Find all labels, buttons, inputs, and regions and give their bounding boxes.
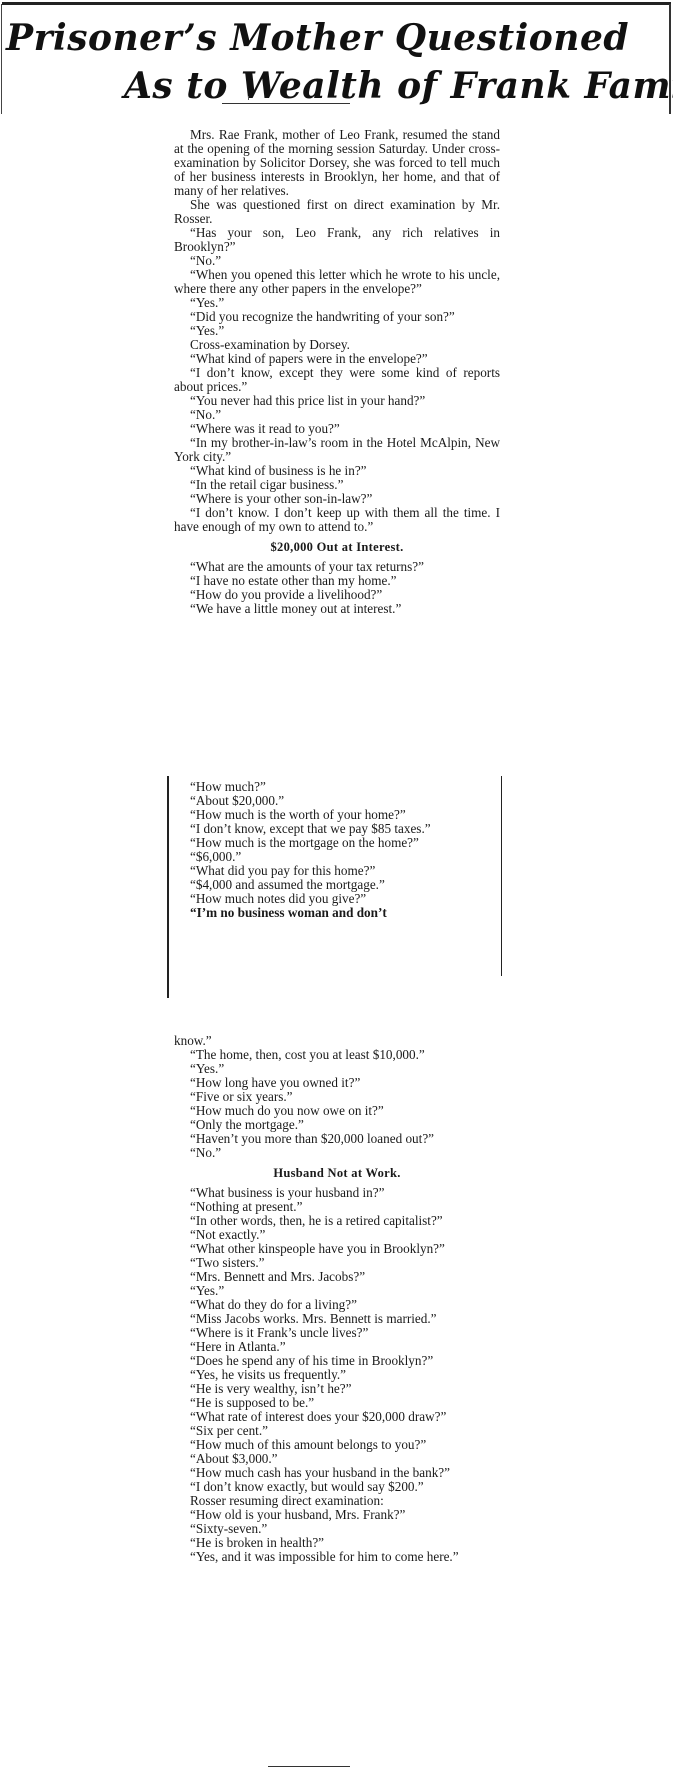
- paragraph: “Two sisters.”: [174, 1256, 500, 1270]
- paragraph: “Yes.”: [174, 296, 500, 310]
- paragraph: “When you opened this letter which he wr…: [174, 268, 500, 296]
- paragraph: Mrs. Rae Frank, mother of Leo Frank, res…: [174, 128, 500, 198]
- paragraph: “About $3,000.”: [174, 1452, 500, 1466]
- paragraph: “We have a little money out at interest.…: [174, 602, 500, 616]
- paragraph-group-intro: Mrs. Rae Frank, mother of Leo Frank, res…: [174, 128, 500, 534]
- paragraph-continued: know.”: [174, 1034, 500, 1048]
- paragraph: “How old is your husband, Mrs. Frank?”: [174, 1508, 500, 1522]
- paragraph-group-home: “How much?”“About $20,000.”“How much is …: [174, 780, 500, 906]
- paragraph: “Yes, and it was impossible for him to c…: [174, 1550, 500, 1564]
- paragraph: “How much do you now owe on it?”: [174, 1104, 500, 1118]
- paragraph: “No.”: [174, 1146, 500, 1160]
- paragraph: “Where is it Frank’s uncle lives?”: [174, 1326, 500, 1340]
- paragraph: “You never had this price list in your h…: [174, 394, 500, 408]
- paragraph: “How much?”: [174, 780, 500, 794]
- article-column-3: know.” “The home, then, cost you at leas…: [174, 1034, 500, 1564]
- article-column-2: “How much?”“About $20,000.”“How much is …: [174, 780, 500, 920]
- paragraph: “In my brother-in-law’s room in the Hote…: [174, 436, 500, 464]
- paragraph: “How do you provide a livelihood?”: [174, 588, 500, 602]
- paragraph: “Yes.”: [174, 1284, 500, 1298]
- paragraph: “No.”: [174, 254, 500, 268]
- paragraph: “What do they do for a living?”: [174, 1298, 500, 1312]
- paragraph-group-husband: “What business is your husband in?”“Noth…: [174, 1186, 500, 1494]
- paragraph-group-home-cost: “The home, then, cost you at least $10,0…: [174, 1048, 500, 1160]
- paragraph: “Where is your other son-in-law?”: [174, 492, 500, 506]
- paragraph: “Mrs. Bennett and Mrs. Jacobs?”: [174, 1270, 500, 1284]
- paragraph: “$4,000 and assumed the mortgage.”: [174, 878, 500, 892]
- paragraph: “What other kinspeople have you in Brook…: [174, 1242, 500, 1256]
- paragraph: “Miss Jacobs works. Mrs. Bennett is marr…: [174, 1312, 500, 1326]
- paragraph: “Here in Atlanta.”: [174, 1340, 500, 1354]
- paragraph: “What did you pay for this home?”: [174, 864, 500, 878]
- paragraph: “Did you recognize the handwriting of yo…: [174, 310, 500, 324]
- left-border-rule: [1, 4, 2, 114]
- paragraph: “Haven’t you more than $20,000 loaned ou…: [174, 1132, 500, 1146]
- paragraph: “What business is your husband in?”: [174, 1186, 500, 1200]
- clip-left-rule: [167, 776, 169, 998]
- paragraph: Rosser resuming direct examination:: [174, 1494, 500, 1508]
- paragraph: “He is supposed to be.”: [174, 1396, 500, 1410]
- paragraph: “Five or six years.”: [174, 1090, 500, 1104]
- paragraph: “He is very wealthy, isn’t he?”: [174, 1382, 500, 1396]
- paragraph: “$6,000.”: [174, 850, 500, 864]
- paragraph: “Yes.”: [174, 324, 500, 338]
- paragraph: “How much of this amount belongs to you?…: [174, 1438, 500, 1452]
- paragraph: “How much notes did you give?”: [174, 892, 500, 906]
- paragraph: “Where was it read to you?”: [174, 422, 500, 436]
- paragraph: “I don’t know, except they were some kin…: [174, 366, 500, 394]
- paragraph: “Has your son, Leo Frank, any rich relat…: [174, 226, 500, 254]
- paragraph: “Only the mortgage.”: [174, 1118, 500, 1132]
- paragraph: “What rate of interest does your $20,000…: [174, 1410, 500, 1424]
- paragraph: “The home, then, cost you at least $10,0…: [174, 1048, 500, 1062]
- paragraph: “I don’t know, except that we pay $85 ta…: [174, 822, 500, 836]
- subhead-husband: Husband Not at Work.: [174, 1166, 500, 1180]
- paragraph: “What are the amounts of your tax return…: [174, 560, 500, 574]
- paragraph: “Nothing at present.”: [174, 1200, 500, 1214]
- paragraph: “I don’t know. I don’t keep up with them…: [174, 506, 500, 534]
- subhead-interest: $20,000 Out at Interest.: [174, 540, 500, 554]
- paragraph: “He is broken in health?”: [174, 1536, 500, 1550]
- paragraph: “How much is the worth of your home?”: [174, 808, 500, 822]
- paragraph: “About $20,000.”: [174, 794, 500, 808]
- headline-divider: [222, 103, 350, 104]
- paragraph: “Yes.”: [174, 1062, 500, 1076]
- headline-line-1: Prisoner’s Mother Questioned: [6, 14, 666, 62]
- headline: Prisoner’s Mother Questioned As to Wealt…: [6, 14, 666, 110]
- paragraph: “How much cash has your husband in the b…: [174, 1466, 500, 1480]
- paragraph: Cross-examination by Dorsey.: [174, 338, 500, 352]
- paragraph: “I don’t know exactly, but would say $20…: [174, 1480, 500, 1494]
- paragraph: “How long have you owned it?”: [174, 1076, 500, 1090]
- paragraph: “Not exactly.”: [174, 1228, 500, 1242]
- paragraph: She was questioned first on direct exami…: [174, 198, 500, 226]
- paragraph-group-interest: “What are the amounts of your tax return…: [174, 560, 500, 616]
- clip-right-rule: [501, 776, 502, 976]
- top-border-rule: [2, 2, 671, 5]
- paragraph: “Does he spend any of his time in Brookl…: [174, 1354, 500, 1368]
- article-column-1: Mrs. Rae Frank, mother of Leo Frank, res…: [174, 128, 500, 616]
- paragraph: “In the retail cigar business.”: [174, 478, 500, 492]
- end-divider: [268, 1766, 350, 1767]
- headline-rule-tick: [248, 96, 249, 100]
- paragraph: “How much is the mortgage on the home?”: [174, 836, 500, 850]
- paragraph: “I have no estate other than my home.”: [174, 574, 500, 588]
- paragraph: “Sixty-seven.”: [174, 1522, 500, 1536]
- paragraph: “What kind of business is he in?”: [174, 464, 500, 478]
- paragraph: “No.”: [174, 408, 500, 422]
- paragraph-bold: “I’m no business woman and don’t: [174, 906, 500, 920]
- paragraph: “Yes, he visits us frequently.”: [174, 1368, 500, 1382]
- paragraph: “In other words, then, he is a retired c…: [174, 1214, 500, 1228]
- paragraph-group-rosser: Rosser resuming direct examination:“How …: [174, 1494, 500, 1564]
- paragraph: “Six per cent.”: [174, 1424, 500, 1438]
- paragraph: “What kind of papers were in the envelop…: [174, 352, 500, 366]
